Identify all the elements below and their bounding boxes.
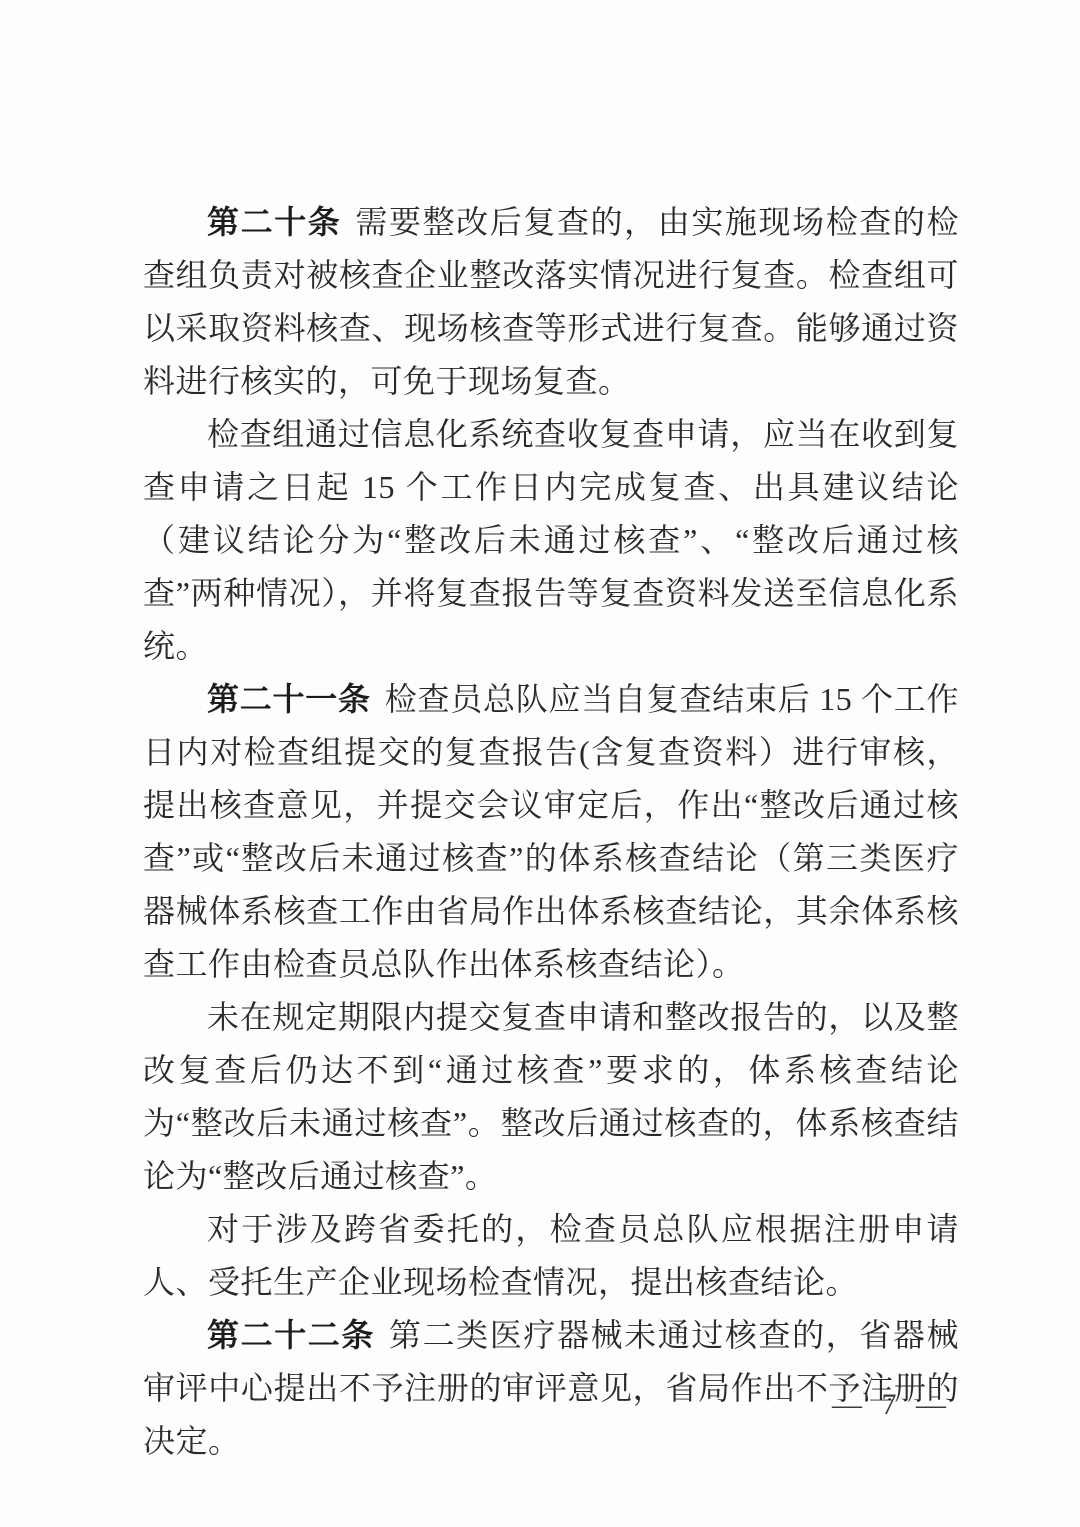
- paragraph-text: 对于涉及跨省委托的，检查员总队应根据注册申请人、受托生产企业现场检查情况，提出核…: [143, 1211, 959, 1300]
- page-number: — 7 —: [832, 1388, 952, 1422]
- paragraph: 未在规定期限内提交复查申请和整改报告的，以及整改复查后仍达不到“通过核查”要求的…: [143, 991, 959, 1203]
- article-number: 第二十二条: [207, 1317, 375, 1353]
- paragraph-text: 检查组通过信息化系统查收复查申请，应当在收到复查申请之日起 15 个工作日内完成…: [143, 416, 959, 664]
- paragraph-text: 未在规定期限内提交复查申请和整改报告的，以及整改复查后仍达不到“通过核查”要求的…: [143, 999, 959, 1194]
- paragraph: 对于涉及跨省委托的，检查员总队应根据注册申请人、受托生产企业现场检查情况，提出核…: [143, 1203, 959, 1309]
- document-page: 第二十条需要整改后复查的，由实施现场检查的检查组负责对被核查企业整改落实情况进行…: [0, 0, 1080, 1527]
- paragraph-text: 检查员总队应当自复查结束后 15 个工作日内对检查组提交的复查报告(含复查资料）…: [143, 681, 959, 982]
- article-number: 第二十一条: [207, 681, 371, 717]
- paragraph-article-20: 第二十条需要整改后复查的，由实施现场检查的检查组负责对被核查企业整改落实情况进行…: [143, 196, 959, 408]
- document-body: 第二十条需要整改后复查的，由实施现场检查的检查组负责对被核查企业整改落实情况进行…: [143, 196, 959, 1468]
- paragraph-article-21: 第二十一条检查员总队应当自复查结束后 15 个工作日内对检查组提交的复查报告(含…: [143, 673, 959, 991]
- paragraph: 检查组通过信息化系统查收复查申请，应当在收到复查申请之日起 15 个工作日内完成…: [143, 408, 959, 673]
- article-number: 第二十条: [207, 204, 341, 240]
